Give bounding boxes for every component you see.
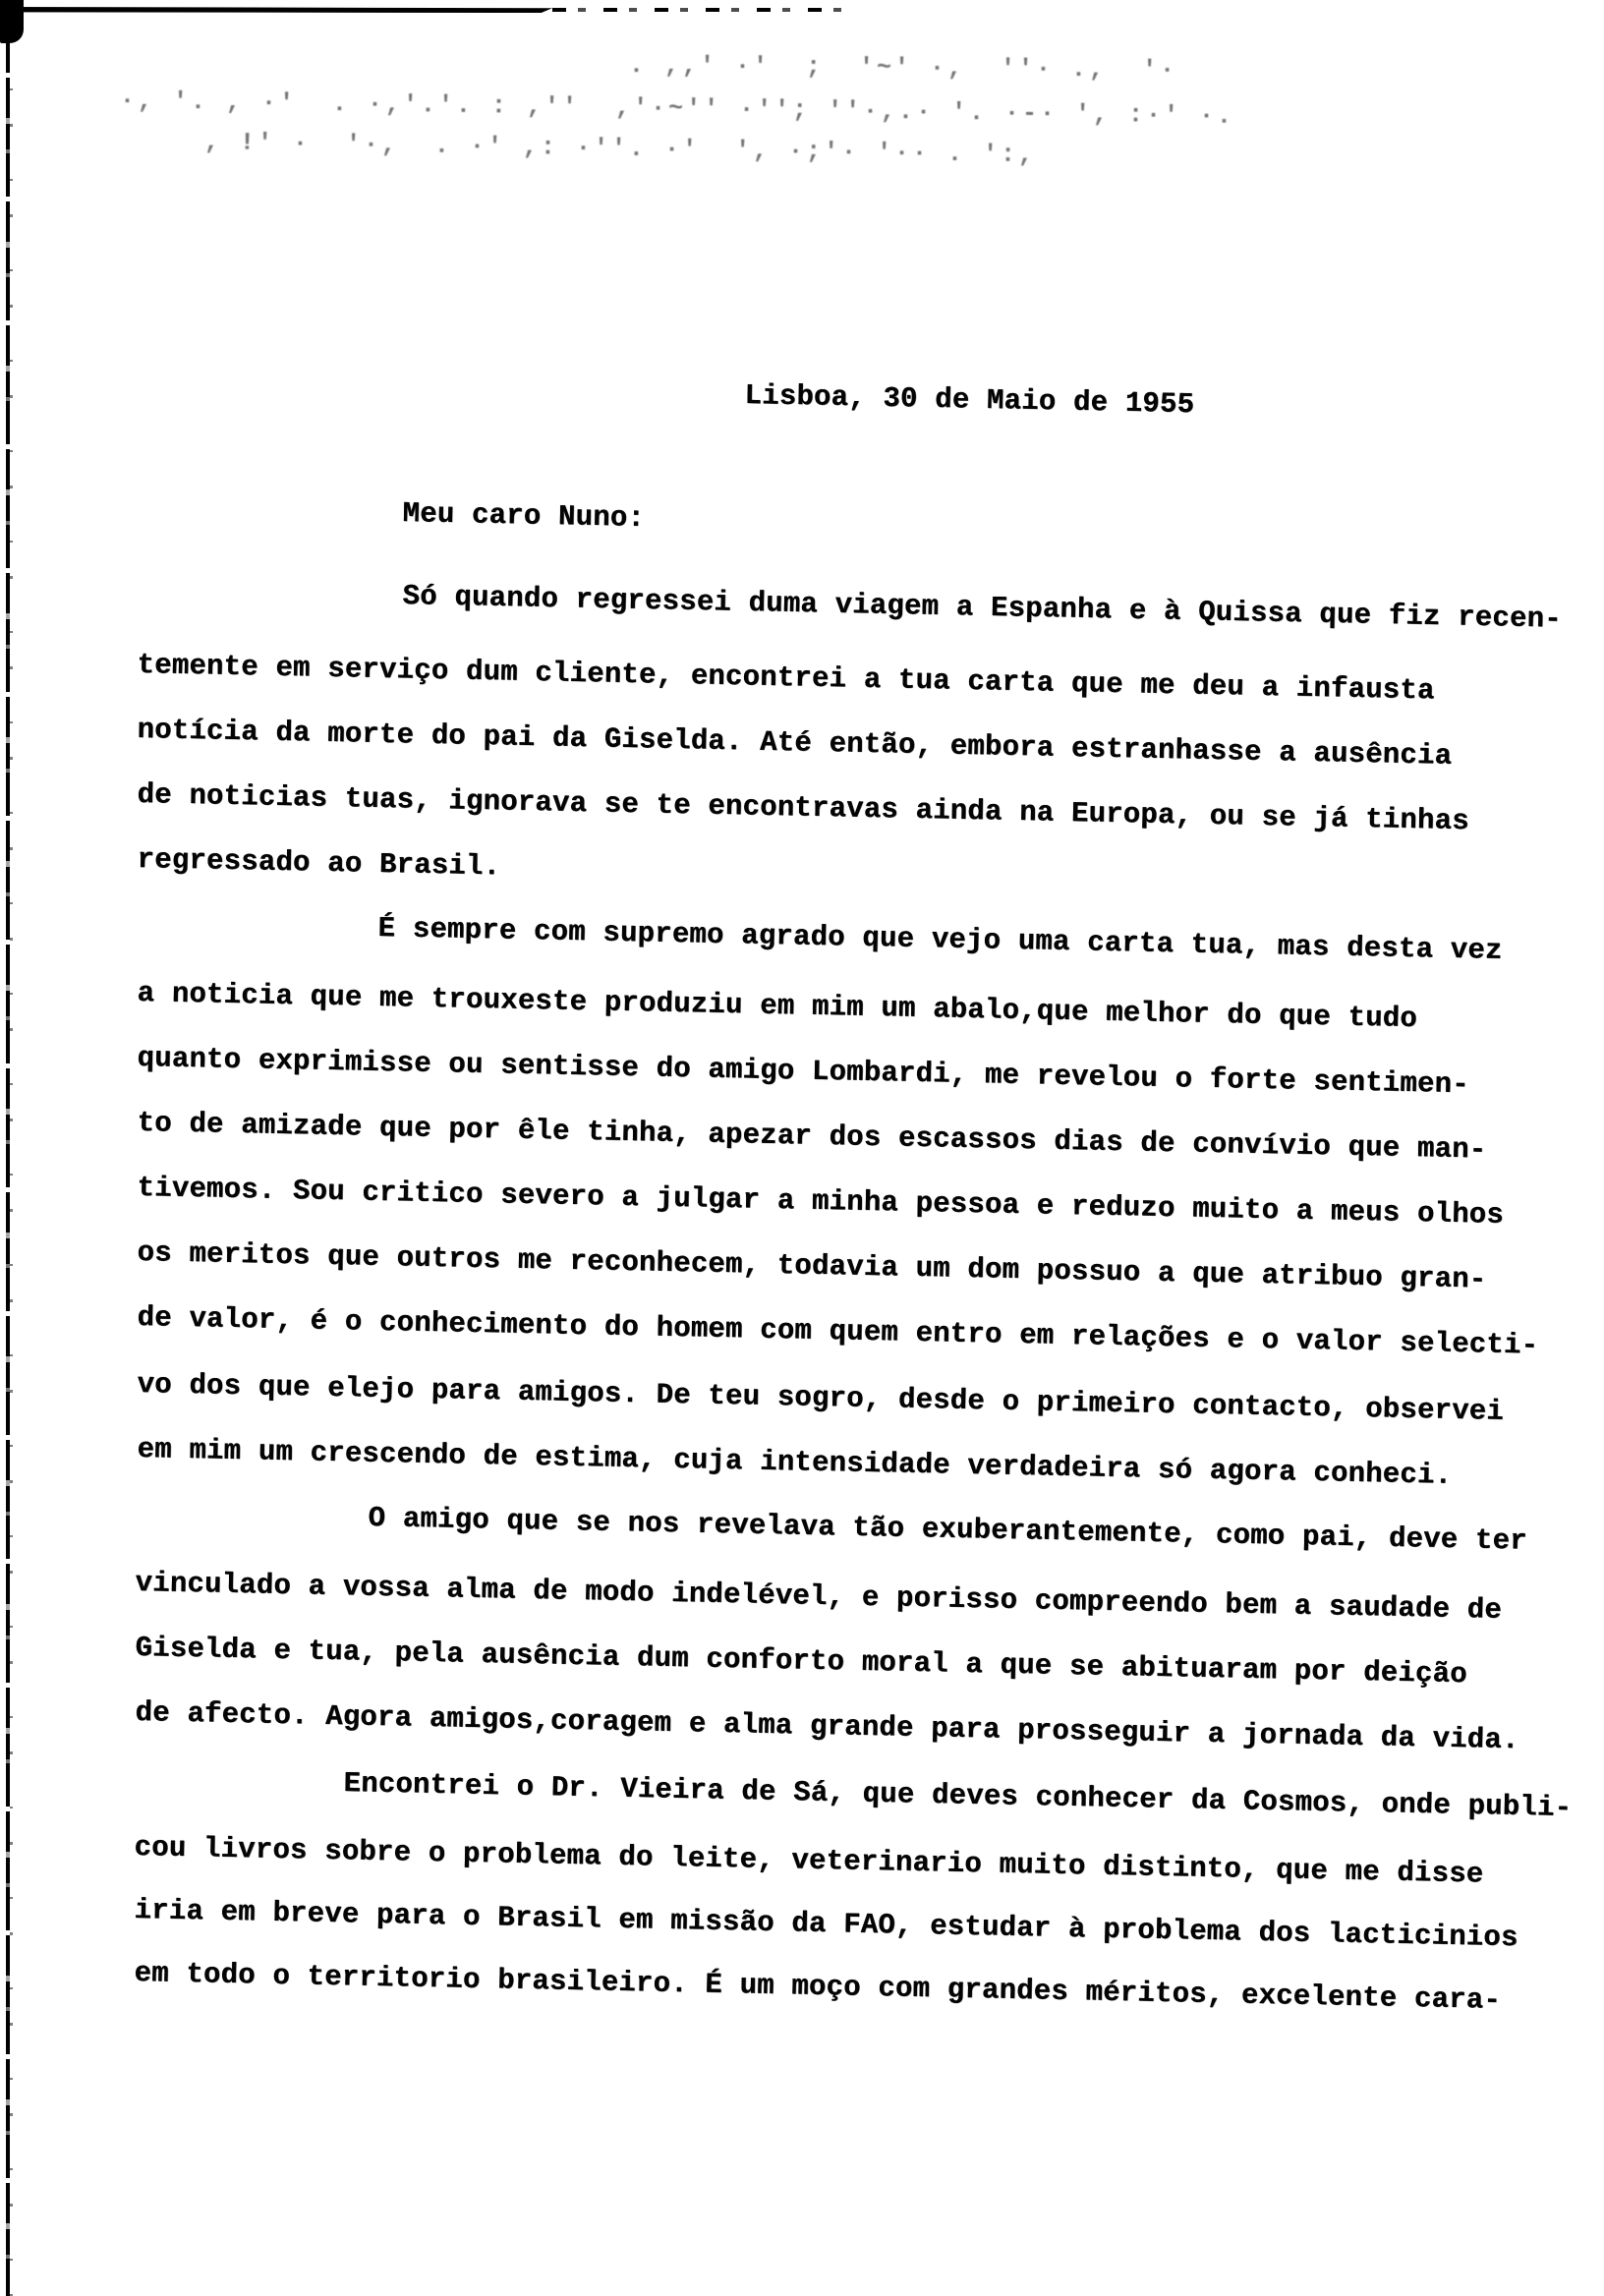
bleedthrough-text: , !' · '·, . ·' ,: ·''. ·' ', ·;'· '·· .… — [204, 128, 1036, 169]
paragraph-line: cou livros sobre o problema do leite, ve… — [134, 1831, 1483, 1892]
paragraph-line: temente em serviço dum cliente, encontre… — [137, 649, 1435, 708]
paragraph-line: O amigo que se nos revelava tão exuberan… — [368, 1502, 1527, 1559]
paragraph-line: de noticias tuas, ignorava se te encontr… — [137, 778, 1469, 838]
paragraph-line: Encontrei o Dr. Vieira de Sá, que deves … — [343, 1767, 1572, 1825]
paragraph-line: iria em breve para o Brasil em missão da… — [134, 1894, 1518, 1955]
paragraph-line: em todo o territorio brasileiro. É um mo… — [134, 1957, 1501, 2018]
paragraph-line: notícia da morte do pai da Giselda. Até … — [137, 714, 1452, 774]
scan-top-edge — [0, 7, 552, 13]
paragraph-line: Só quando regressei duma viagem a Espanh… — [402, 580, 1562, 637]
paragraph-line: os meritos que outros me reconhecem, tod… — [137, 1236, 1486, 1297]
scan-left-edge-speckles — [10, 0, 13, 2296]
paragraph-line: tivemos. Sou critico severo a julgar a m… — [137, 1172, 1504, 1233]
paragraph-line: a noticia que me trouxeste produziu em m… — [137, 977, 1417, 1036]
dateline: Lisboa, 30 de Maio de 1955 — [744, 379, 1194, 422]
letter-page: . ,,' ·' ; '~' ·, ''· ., '· ·, '. , ·' .… — [0, 0, 1604, 2296]
bleedthrough-text: ·, '. , ·' . ·,'.'. : ,'' ,'·~'' ·''; ''… — [120, 86, 1234, 131]
scan-top-edge-speckles — [552, 8, 847, 12]
paragraph-line: de afecto. Agora amigos,coragem e alma g… — [135, 1696, 1519, 1757]
paragraph-line: vinculado a vossa alma de modo indelével… — [135, 1567, 1502, 1628]
paragraph-line: Giselda e tua, pela ausência dum confort… — [135, 1632, 1467, 1692]
paragraph-line: quanto exprimisse ou sentisse do amigo L… — [137, 1042, 1469, 1102]
paragraph-line: to de amizade que por êle tinha, apezar … — [137, 1107, 1486, 1168]
paragraph-line: É sempre com supremo agrado que vejo uma… — [377, 912, 1503, 968]
paragraph-line: de valor, é o conhecimento do homem com … — [137, 1301, 1538, 1363]
salutation: Meu caro Nuno: — [402, 497, 645, 536]
paragraph-line: em mim um crescendo de estima, cuja inte… — [137, 1433, 1452, 1493]
paragraph-line: regressado ao Brasil. — [137, 843, 500, 884]
bleedthrough-text: . ,,' ·' ; '~' ·, ''· ., '· — [629, 51, 1177, 85]
paragraph-line: vo dos que elejo para amigos. De teu sog… — [137, 1368, 1504, 1429]
